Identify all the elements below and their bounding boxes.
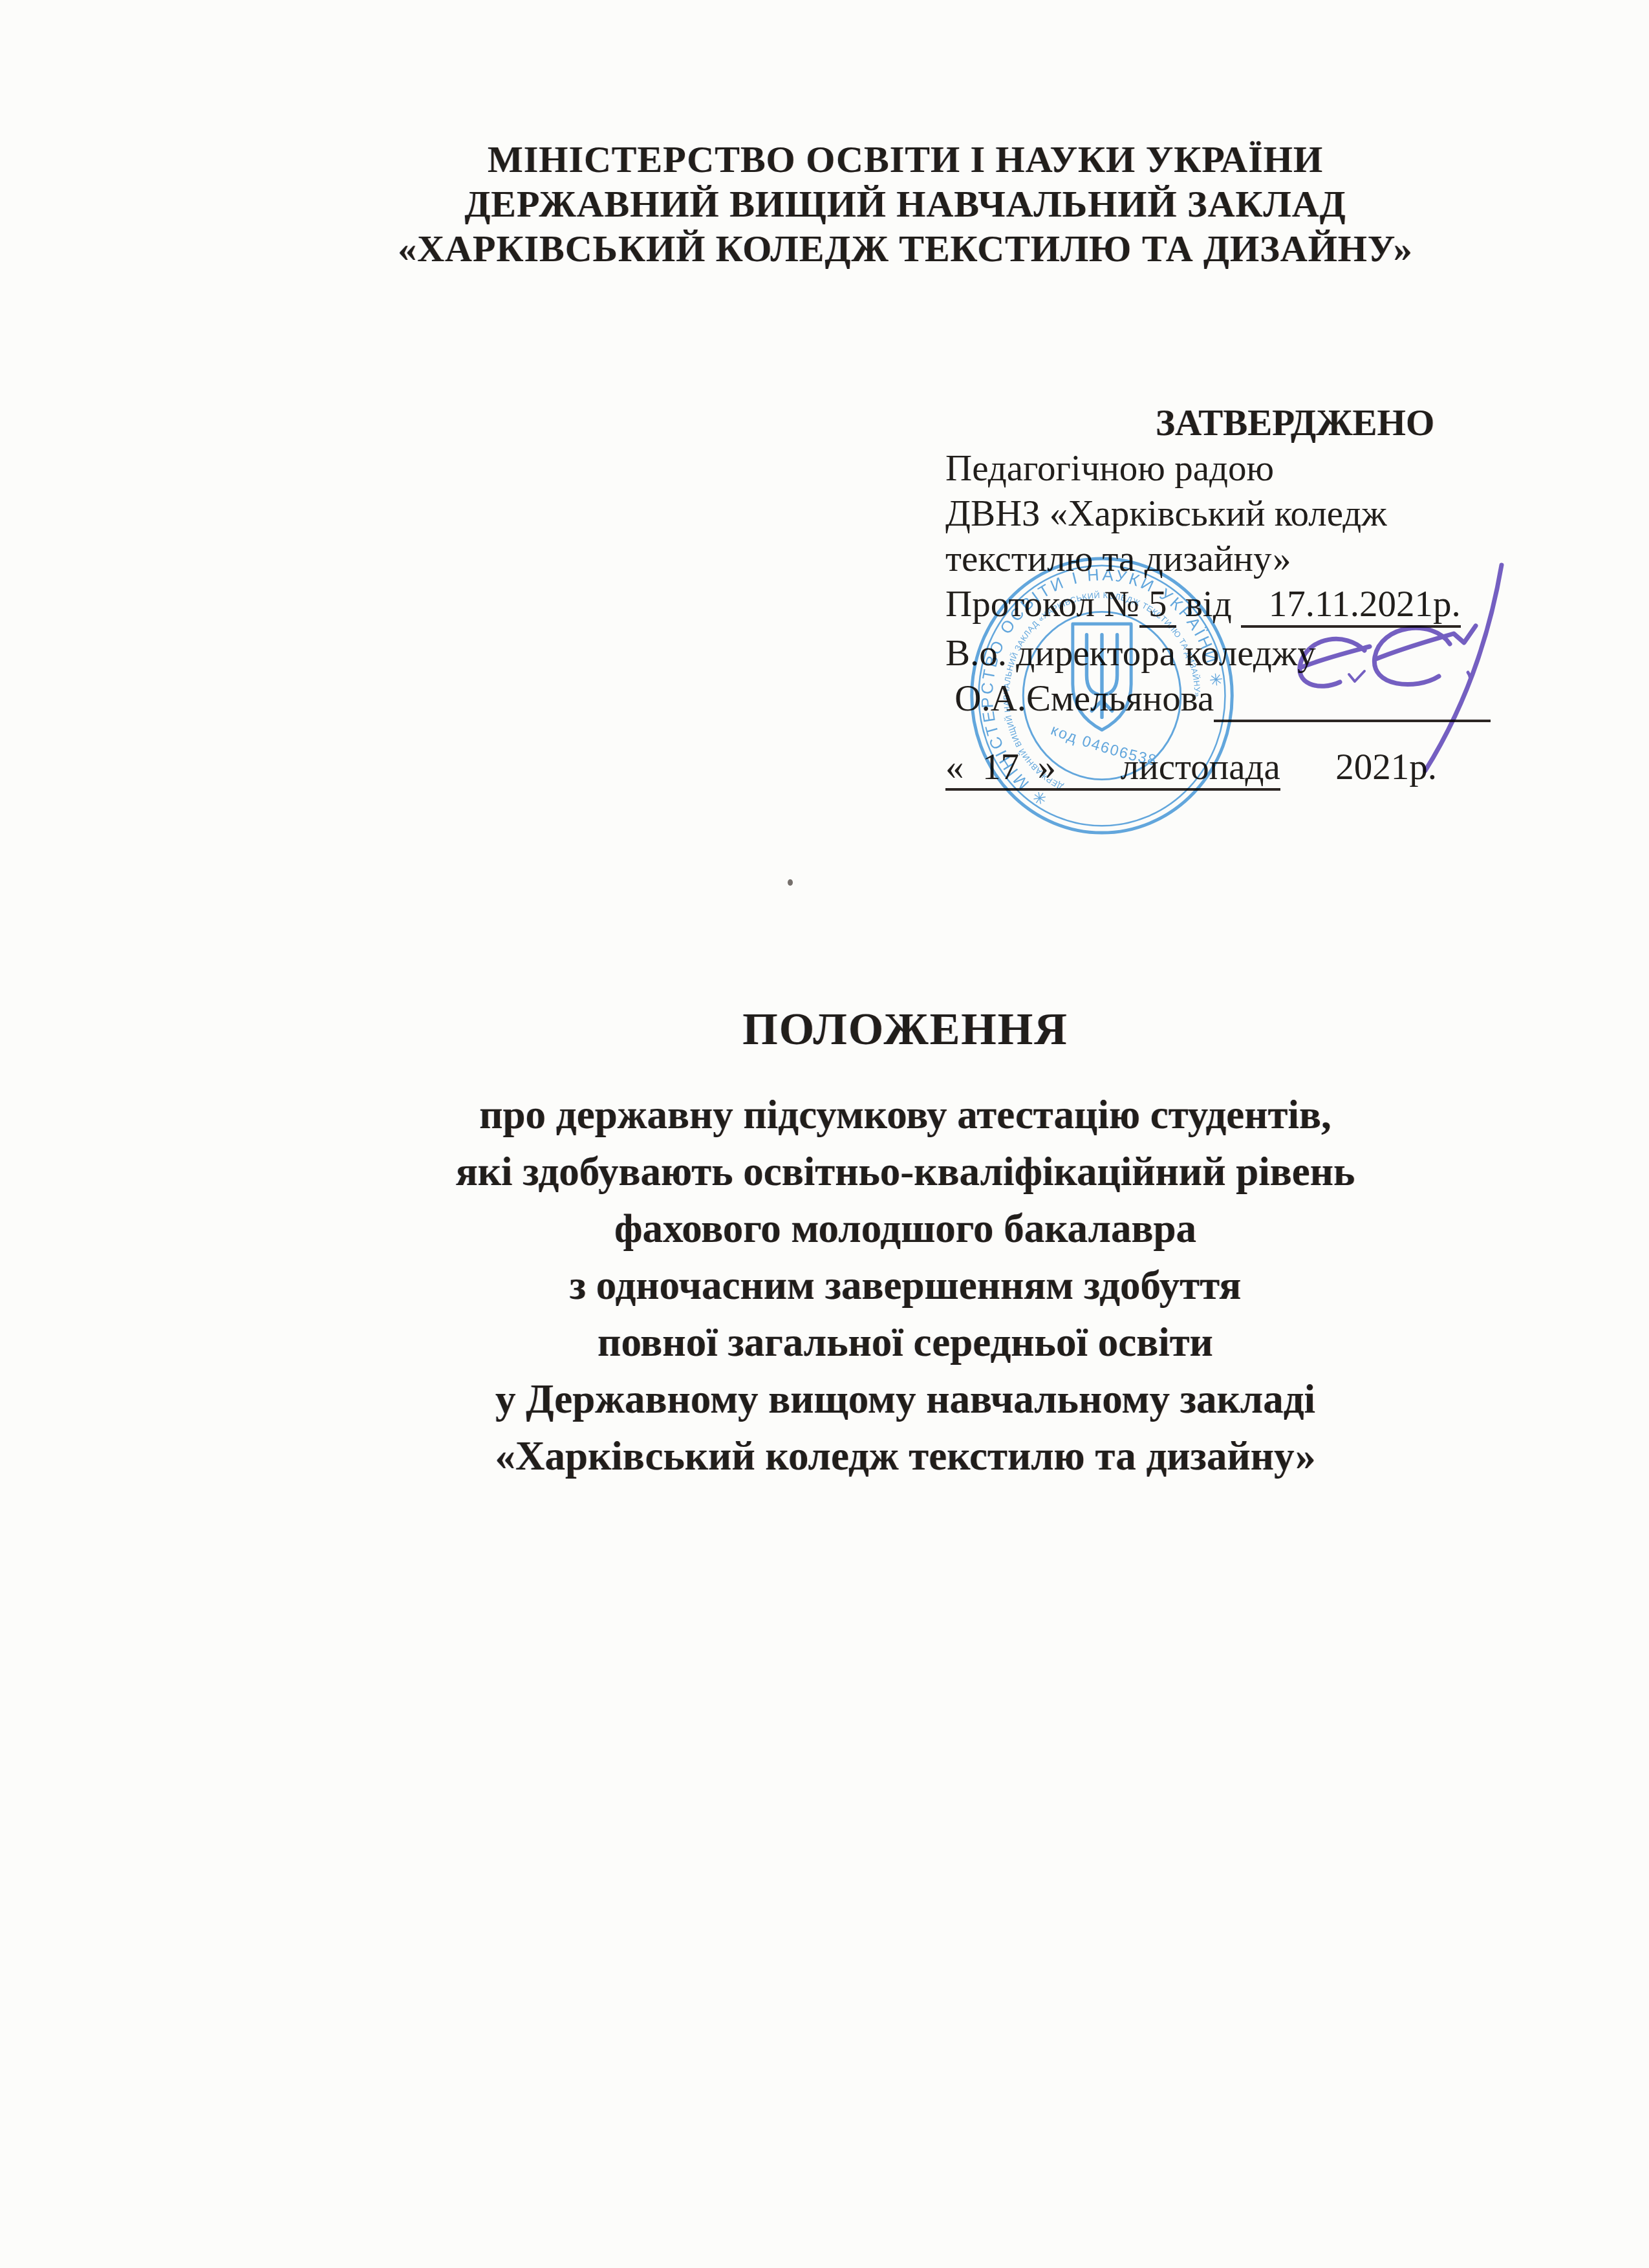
title-line: у Державному вищому навчальному закладі xyxy=(162,1371,1649,1428)
header-line-ministry: МІНІСТЕРСТВО ОСВІТИ І НАУКИ УКРАЇНИ xyxy=(162,137,1649,182)
document-title: ПОЛОЖЕННЯ xyxy=(162,1006,1649,1054)
approval-body-line: ДВНЗ «Харківський коледж xyxy=(945,491,1592,537)
signature-slash-stroke xyxy=(1425,565,1502,771)
title-line: з одночасним завершенням здобуття xyxy=(162,1257,1649,1314)
ink-speck xyxy=(788,879,793,886)
official-round-stamp: ✳ МІНІСТЕРСТВО ОСВІТИ І НАУКИ УКРАЇНИ ✳ … xyxy=(962,548,1242,843)
trident-shield-icon xyxy=(1073,624,1131,730)
signature-loop-2 xyxy=(1374,626,1476,685)
title-line: повної загальної середньої освіти xyxy=(162,1314,1649,1371)
title-line: фахового молодшого бакалавра xyxy=(162,1200,1649,1257)
director-signature xyxy=(1280,555,1630,795)
title-line: «Харківський коледж текстилю та дизайну» xyxy=(162,1428,1649,1484)
signature-comma xyxy=(1468,672,1471,685)
signature-tick xyxy=(1349,671,1364,681)
title-line: які здобувають освітньо-кваліфікаційний … xyxy=(162,1143,1649,1200)
scanned-document-page: МІНІСТЕРСТВО ОСВІТИ І НАУКИ УКРАЇНИ ДЕРЖ… xyxy=(0,0,1649,2268)
header-line-institution: ДЕРЖАВНИЙ ВИЩИЙ НАВЧАЛЬНИЙ ЗАКЛАД xyxy=(162,182,1649,226)
document-subtitle: про державну підсумкову атестацію студен… xyxy=(162,1086,1649,1484)
approval-body-line: Педагогічною радою xyxy=(945,446,1592,491)
institution-header: МІНІСТЕРСТВО ОСВІТИ І НАУКИ УКРАЇНИ ДЕРЖ… xyxy=(0,137,1649,271)
title-block: ПОЛОЖЕННЯ про державну підсумкову атеста… xyxy=(0,1006,1649,1484)
signature-loop-1 xyxy=(1300,639,1370,686)
title-line: про державну підсумкову атестацію студен… xyxy=(162,1086,1649,1143)
approved-label: ЗАТВЕРДЖЕНО xyxy=(1156,401,1592,446)
header-line-college-name: «ХАРКІВСЬКИЙ КОЛЕДЖ ТЕКСТИЛЮ ТА ДИЗАЙНУ» xyxy=(162,226,1649,271)
